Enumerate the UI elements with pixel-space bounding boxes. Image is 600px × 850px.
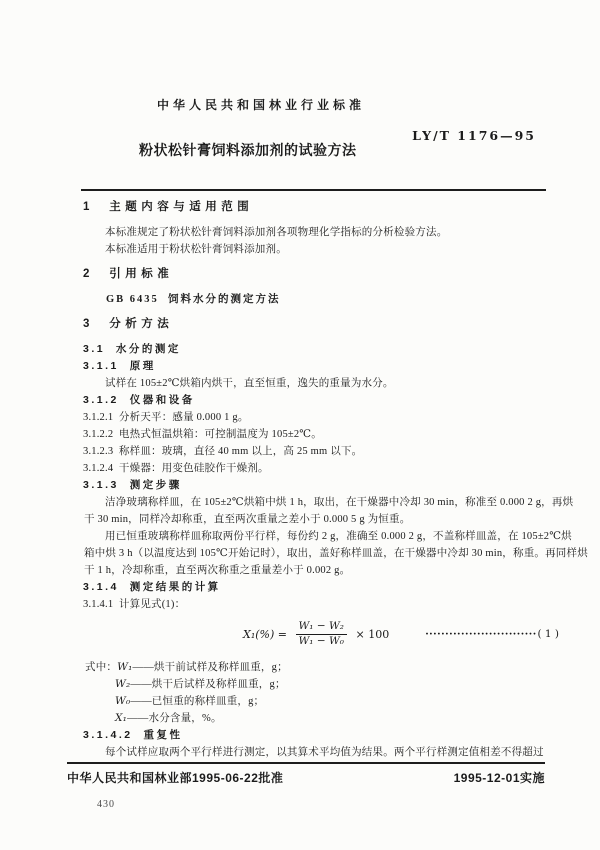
- header-rule: [81, 189, 546, 191]
- clause-3-1-2-3: 3.1.2.3 称样皿：玻璃，直径 40 mm 以上，高 25 mm 以下。: [83, 443, 543, 460]
- section-3-heading: 3 分析方法: [83, 316, 543, 333]
- formula-equation: X₁(%) = W₁ − W₂ W₁ − W₀ × 100 ··········…: [83, 619, 559, 649]
- footer: 中华人民共和国林业部1995-06-22批准 1995-12-01实施: [67, 762, 545, 786]
- clause-3-1-4-2-heading: 3.1.4.2 重复性: [83, 727, 543, 744]
- procedure-line-3: 用已恒重玻璃称样皿称取两份平行样，每份约 2 g，准确至 0.000 2 g，不…: [83, 528, 543, 545]
- formula-lhs: X₁(%) =: [243, 628, 291, 641]
- effective-date-text: 1995-12-01实施: [454, 769, 545, 786]
- clause-3-1-1-heading: 3.1.1 原理: [83, 358, 543, 375]
- clause-3-1-2-heading: 3.1.2 仪器和设备: [83, 392, 543, 409]
- definition-w0-var: W₀: [115, 695, 130, 707]
- principle-para: 试样在 105±2℃烘箱内烘干，直至恒重，逸失的重量为水分。: [83, 375, 543, 392]
- document-page: 中华人民共和国林业行业标准 LY/T 1176—95 粉状松针膏饲料添加剂的试验…: [0, 0, 600, 850]
- document-body: 1 主题内容与适用范围 本标准规定了粉状松针膏饲料添加剂各项物理化学指标的分析检…: [83, 199, 543, 761]
- scope-para-1: 本标准规定了粉状松针膏饲料添加剂各项物理化学指标的分析检验方法。: [83, 224, 543, 241]
- standard-number: LY/T 1176—95: [412, 128, 536, 143]
- formula-fraction: W₁ − W₂ W₁ − W₀: [296, 620, 347, 648]
- definition-w2-text: ——烘干后试样及称样皿重，g；: [130, 679, 285, 690]
- definition-lead: 式中：: [85, 662, 117, 673]
- reference-gb6435: GB 6435 饲料水分的测定方法: [83, 291, 543, 308]
- clause-3-1-2-2: 3.1.2.2 电热式恒温烘箱：可控制温度为 105±2℃。: [83, 426, 543, 443]
- procedure-line-2: 干 30 min，同样冷却称重，直至两次重量之差小于 0.000 5 g 为恒重…: [83, 511, 543, 528]
- standard-type-heading: 中华人民共和国林业行业标准: [157, 0, 543, 112]
- definition-w2-var: W₂: [115, 678, 130, 690]
- definition-w1-var: W₁: [117, 661, 132, 673]
- section-2-heading: 2 引用标准: [83, 266, 543, 283]
- formula-denominator: W₁ − W₀: [296, 635, 347, 648]
- clause-3-1-4-1: 3.1.4.1 计算见式(1)：: [83, 596, 543, 613]
- formula-lhs-variable: X₁: [243, 628, 255, 641]
- section-1-heading: 1 主题内容与适用范围: [83, 199, 543, 216]
- page-number: 430: [97, 799, 115, 810]
- document-title: 粉状松针膏饲料添加剂的试验方法: [139, 142, 543, 158]
- clause-3-1-heading: 3.1 水分的测定: [83, 341, 543, 358]
- scope-para-2: 本标准适用于粉状松针膏饲料添加剂。: [83, 241, 543, 258]
- formula-numerator: W₁ − W₂: [296, 620, 347, 635]
- definition-w2: W₂——烘干后试样及称样皿重，g；: [83, 676, 543, 693]
- clause-3-1-4-heading: 3.1.4 测定结果的计算: [83, 579, 543, 596]
- repeatability-para: 每个试样应取两个平行样进行测定，以其算术平均值为结果。两个平行样测定值相差不得超…: [83, 744, 543, 761]
- procedure-line-1: 洁净玻璃称样皿，在 105±2℃烘箱中烘 1 h，取出，在干燥器中冷却 30 m…: [83, 494, 543, 511]
- clause-3-1-2-4: 3.1.2.4 干燥器：用变色硅胶作干燥剂。: [83, 460, 543, 477]
- definition-x1-text: ——水分含量，%。: [127, 713, 222, 724]
- definition-w0-text: ——已恒重的称样皿重，g；: [130, 696, 264, 707]
- definition-w0: W₀——已恒重的称样皿重，g；: [83, 693, 543, 710]
- procedure-line-5: 干 1 h，冷却称重，直至两次称重之重量差小于 0.002 g。: [83, 562, 543, 579]
- approval-date-text: 中华人民共和国林业部1995-06-22批准: [67, 769, 283, 786]
- formula-leader-dots: ········································…: [425, 629, 537, 640]
- definition-x1: X₁——水分含量，%。: [83, 710, 543, 727]
- definition-w1: 式中：W₁——烘干前试样及称样皿重，g；: [83, 659, 543, 676]
- formula-equation-number: ( 1 ): [537, 628, 559, 640]
- procedure-line-4: 箱中烘 3 h（以温度达到 105℃开始记时），取出，盖好称样皿盖，在干燥器中冷…: [83, 545, 543, 562]
- definition-w1-text: ——烘干前试样及称样皿重，g；: [133, 662, 288, 673]
- clause-3-1-3-heading: 3.1.3 测定步骤: [83, 477, 543, 494]
- definition-x1-var: X₁: [115, 712, 127, 724]
- formula-lhs-rest: (%) =: [255, 628, 290, 641]
- clause-3-1-2-1: 3.1.2.1 分析天平：感量 0.000 1 g。: [83, 409, 543, 426]
- formula-multiplier: × 100: [352, 628, 389, 641]
